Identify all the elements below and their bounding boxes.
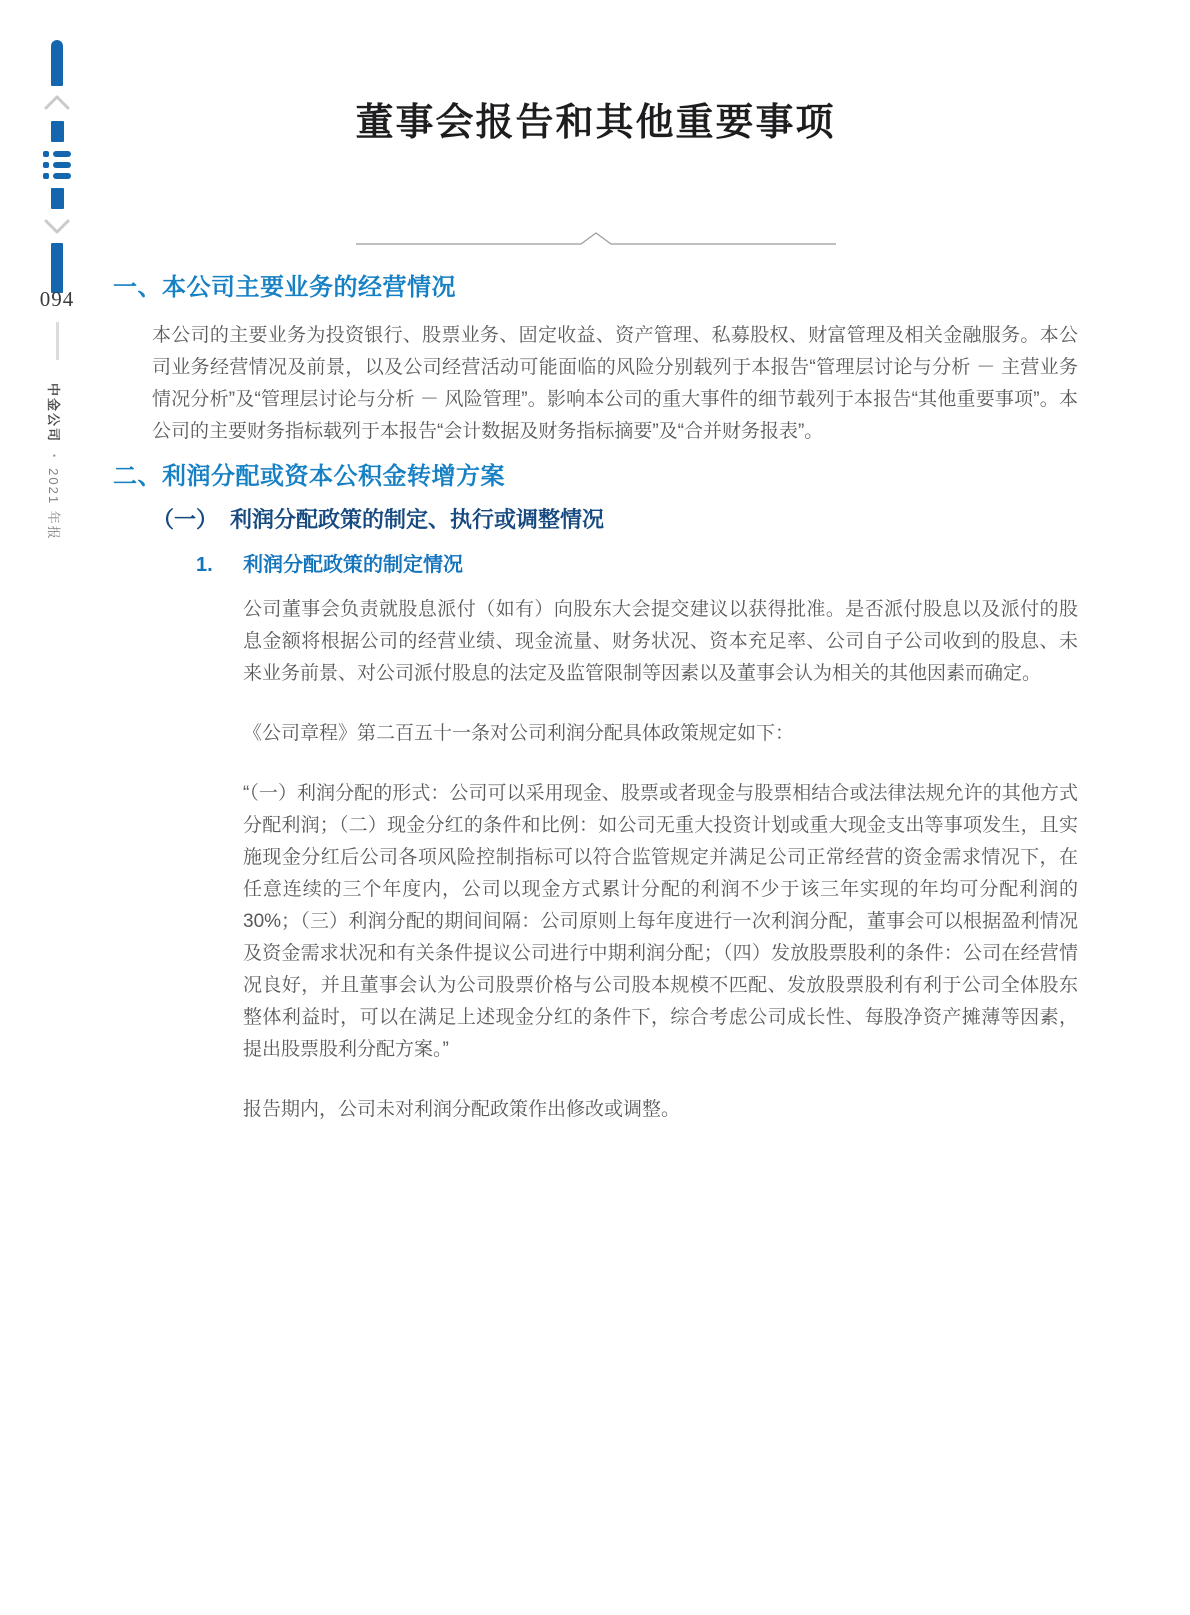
side-edition-label: 中金公司 • 2021 年报	[45, 383, 64, 541]
toc-list-row	[43, 151, 71, 157]
nav-segment-bottom	[51, 188, 64, 209]
section-business-overview: 一、本公司主要业务的经营情况 本公司的主要业务为投资银行、股票业务、固定收益、资…	[113, 273, 1078, 448]
subsection-heading: （一） 利润分配政策的制定、执行或调整情况	[152, 507, 1078, 533]
page-number: 094	[18, 287, 96, 312]
toc-list-row	[43, 173, 71, 179]
subsection-number: （一）	[152, 507, 218, 533]
main-content: 董事会报告和其他重要事项 一、本公司主要业务的经营情况 本公司的主要业务为投资银…	[113, 0, 1078, 1126]
body-paragraph: 公司董事会负责就股息派付（如有）向股东大会提交建议以获得批准。是否派付股息以及派…	[243, 594, 1078, 690]
sidebar-rule-top	[51, 40, 63, 86]
report-year: 2021 年报	[45, 468, 64, 541]
title-divider	[356, 231, 836, 245]
company-name: 中金公司	[45, 383, 64, 443]
subsection-title: 利润分配政策的制定、执行或调整情况	[230, 507, 604, 533]
item-title: 利润分配政策的制定情况	[243, 553, 463, 577]
list-bullet	[43, 173, 49, 179]
list-line	[53, 173, 71, 179]
chevron-down-icon	[44, 219, 70, 234]
toc-list-row	[43, 162, 71, 168]
sidebar-rule-bottom	[51, 243, 63, 293]
page-nav-widget	[42, 40, 72, 293]
section-heading: 一、本公司主要业务的经营情况	[113, 273, 1078, 302]
sidebar-meta: 094	[18, 287, 96, 360]
section-heading: 二、利润分配或资本公积金转增方案	[113, 462, 1078, 491]
item-heading: 1. 利润分配政策的制定情况	[196, 553, 1078, 577]
separator-dot-icon: •	[50, 454, 60, 457]
report-page: 094 中金公司 • 2021 年报 董事会报告和其他重要事项 一、本公司主要业…	[0, 0, 1190, 1615]
body-paragraph: 本公司的主要业务为投资银行、股票业务、固定收益、资产管理、私募股权、财富管理及相…	[152, 320, 1078, 448]
item-number: 1.	[196, 553, 243, 577]
page-title: 董事会报告和其他重要事项	[113, 100, 1078, 146]
list-bullet	[43, 151, 49, 157]
body-paragraph: 《公司章程》第二百五十一条对公司利润分配具体政策规定如下：	[243, 718, 1078, 750]
list-line	[53, 151, 71, 157]
body-paragraph: “（一）利润分配的形式：公司可以采用现金、股票或者现金与股票相结合或法律法规允许…	[243, 778, 1078, 1066]
page-number-rule	[56, 322, 59, 360]
nav-segment-top	[51, 121, 64, 142]
section-profit-distribution: 二、利润分配或资本公积金转增方案 （一） 利润分配政策的制定、执行或调整情况 1…	[113, 462, 1078, 1126]
toc-list-icon	[43, 151, 71, 179]
list-bullet	[43, 162, 49, 168]
list-line	[53, 162, 71, 168]
body-paragraph: 报告期内，公司未对利润分配政策作出修改或调整。	[243, 1094, 1078, 1126]
chevron-up-icon	[44, 95, 70, 110]
